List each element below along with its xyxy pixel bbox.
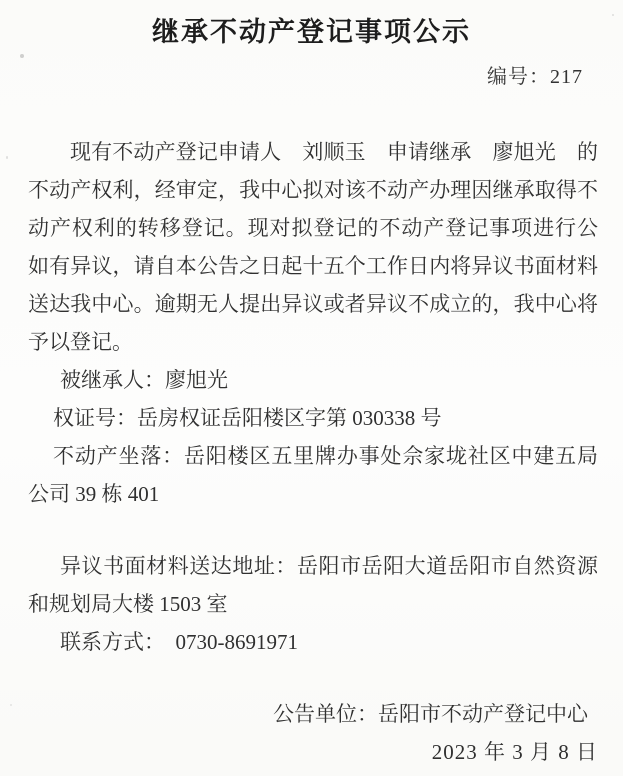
date-line: 2023 年 3 月 8 日 — [28, 733, 598, 771]
property-location-line-1: 不动产坐落：岳阳楼区五里牌办事处佘家垅社区中建五局二 — [28, 437, 598, 475]
property-location-line-2: 公司 39 栋 401 — [28, 475, 598, 513]
certificate-number-line: 权证号：岳房权证岳阳楼区字第 030338 号 — [28, 399, 598, 437]
deceased-line: 被继承人：廖旭光 — [28, 361, 598, 399]
issuer-line: 公告单位：岳阳市不动产登记中心 — [28, 695, 598, 733]
notice-body: 现有不动产登记申请人 刘顺玉 申请继承 廖旭光 的 不动产权利，经审定，我中心拟… — [28, 133, 598, 771]
scan-speckle — [20, 54, 24, 58]
scan-speckle — [612, 14, 614, 16]
paragraph-line-3: 动产权利的转移登记。现对拟登记的不动产登记事项进行公示， — [28, 209, 598, 247]
paragraph-line-2: 不动产权利，经审定，我中心拟对该不动产办理因继承取得不 — [28, 171, 598, 209]
paragraph-line-1: 现有不动产登记申请人 刘顺玉 申请继承 廖旭光 的 — [28, 133, 598, 171]
contact-line: 联系方式： 0730-8691971 — [28, 623, 598, 661]
scan-speckle — [6, 156, 8, 159]
paragraph-line-6: 予以登记。 — [28, 323, 598, 361]
notice-title: 继承不动产登记事项公示 — [0, 15, 623, 49]
notice-document: 继承不动产登记事项公示 编号：217 现有不动产登记申请人 刘顺玉 申请继承 廖… — [0, 0, 623, 776]
section-spacer — [28, 513, 598, 547]
objection-address-line-1: 异议书面材料送达地址：岳阳市岳阳大道岳阳市自然资源 — [28, 547, 598, 585]
section-spacer — [28, 661, 598, 695]
objection-address-line-2: 和规划局大楼 1503 室 — [28, 585, 598, 623]
paragraph-line-4: 如有异议，请自本公告之日起十五个工作日内将异议书面材料 — [28, 247, 598, 285]
doc-number: 编号：217 — [0, 63, 623, 91]
paragraph-line-5: 送达我中心。逾期无人提出异议或者异议不成立的，我中心将 — [28, 285, 598, 323]
scan-speckle — [10, 704, 12, 706]
